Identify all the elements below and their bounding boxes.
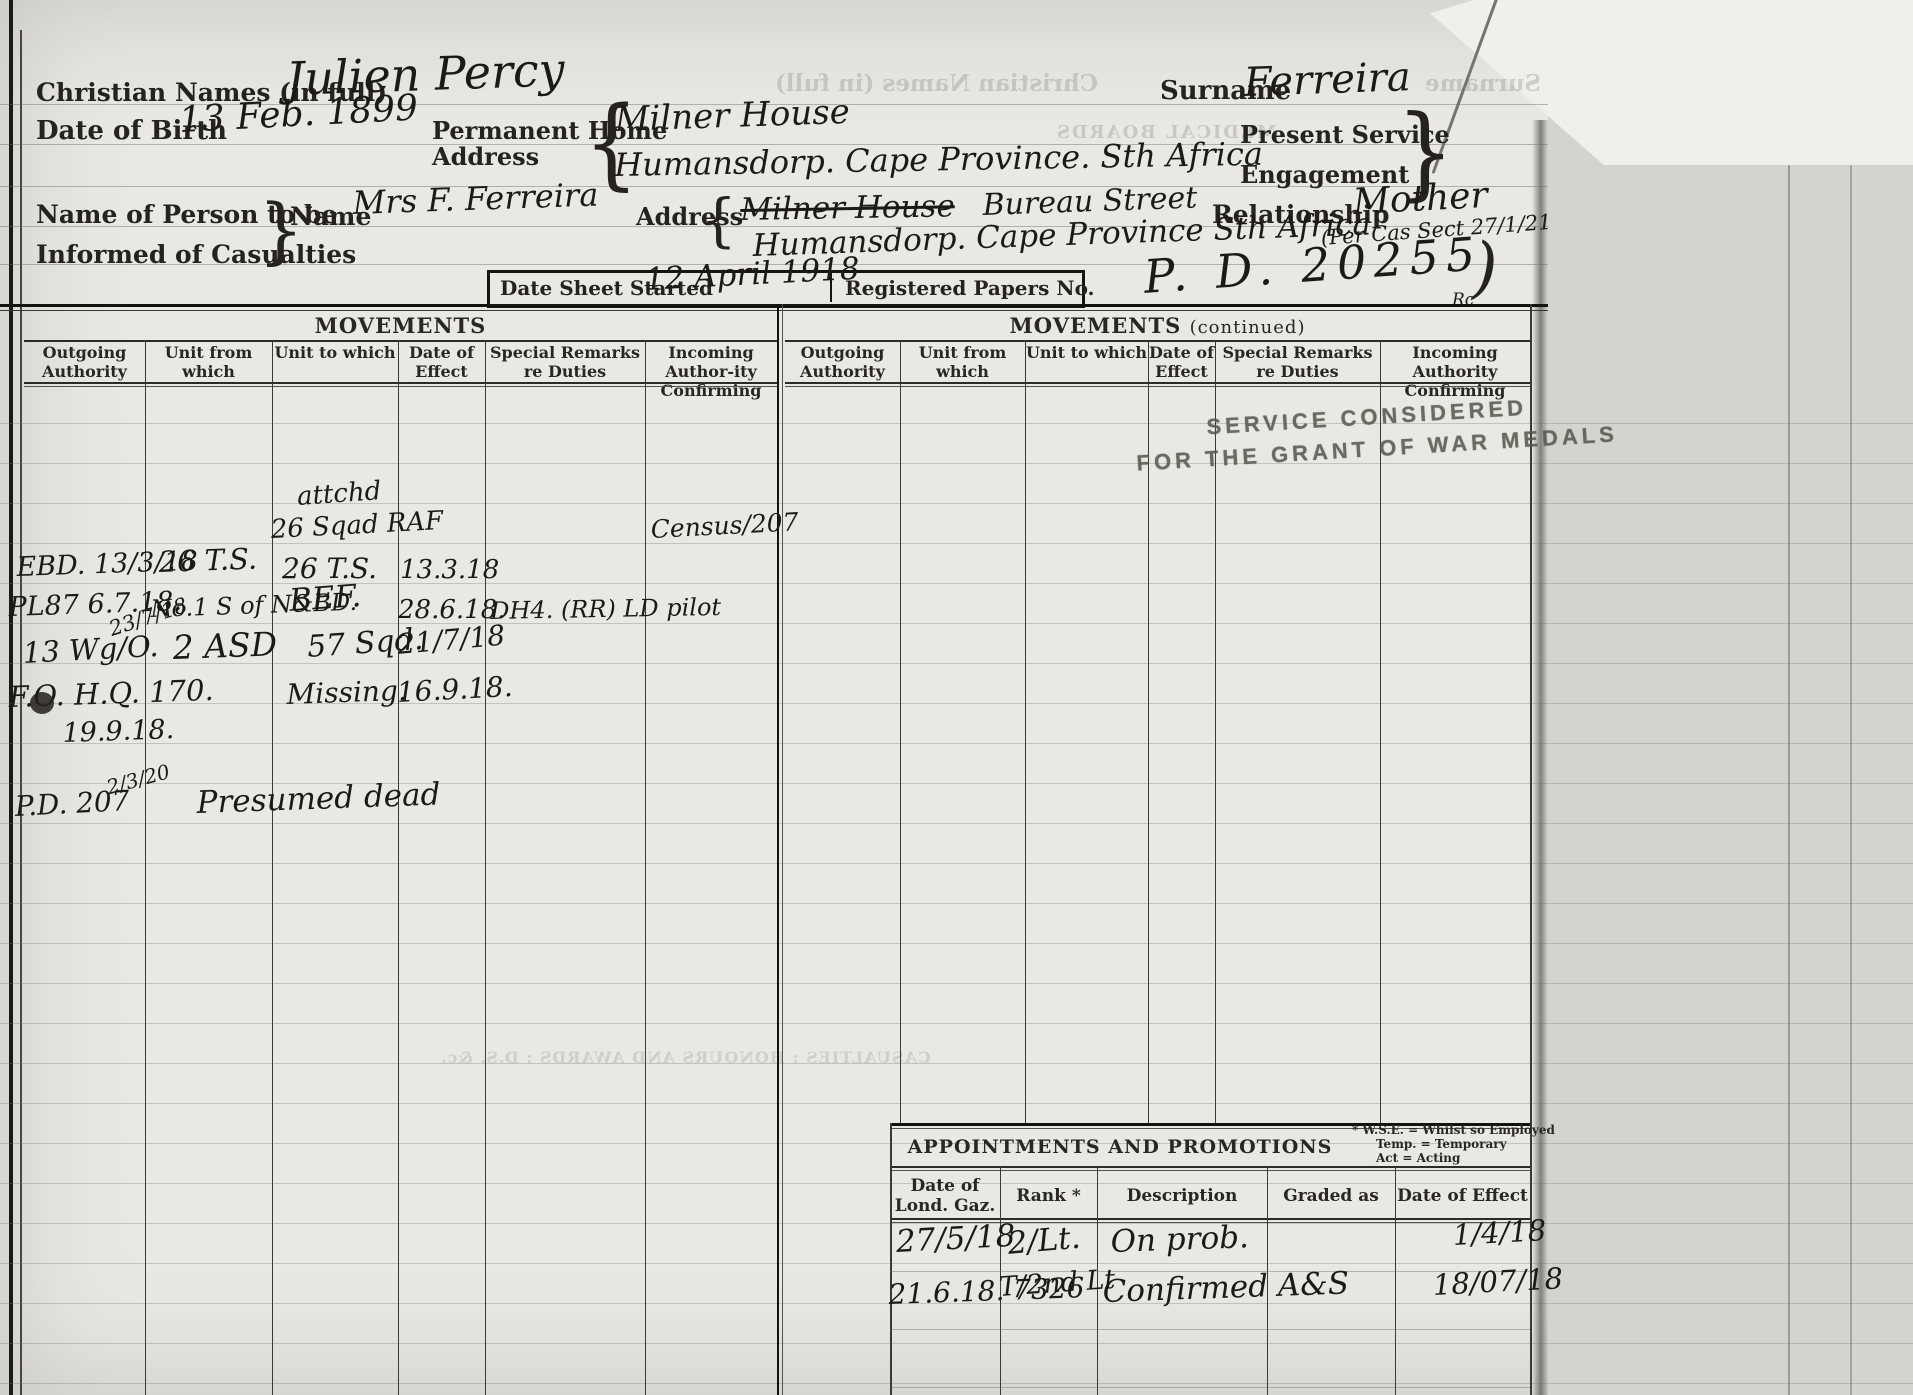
movements-left-header-row: Outgoing Authority Unit from which Unit … [24,344,777,380]
movement-entry: 13 Wg/O. [22,629,159,670]
column-line [645,340,646,1395]
movements-right-header-row: Outgoing Authority Unit from which Unit … [785,344,1530,380]
column-header: Unit to which [1025,344,1148,380]
movement-entry: attchd [296,476,382,512]
registered-papers-label: Registered Papers No. [845,276,1095,300]
appointments-title-line [890,1170,1530,1171]
movement-entry: 13.3.18 [400,555,499,585]
center-divider [782,304,783,1395]
column-header: Date of Effect [398,344,485,380]
table-line [24,386,777,387]
appointments-left-edge [890,1123,892,1395]
column-header: Incoming Author-ity Confirming [645,344,777,380]
column-line [1025,340,1026,1123]
clerk-initials: Rc [1452,290,1474,310]
movement-entry: 19.9.18. [62,714,175,749]
movements-right-title: MOVEMENTS (continued) [785,314,1530,339]
address-label-2: Address [432,142,539,171]
home-address-line-2: Humansdorp. Cape Province. Sth Africa [614,135,1263,184]
column-header: Incoming Authority Confirming [1380,344,1530,380]
appointment-entry: 2/Lt. [1006,1220,1082,1262]
row-line [890,1329,1530,1330]
appointment-entry: 1/4/18 [1452,1213,1547,1252]
casualty-address-brace: { [700,194,737,246]
movement-entry: 16.9.18. [396,670,513,709]
column-header: Date of Lond. Gaz. [890,1176,1000,1216]
record-sheet: Christian Names (in full) Surname MEDICA… [0,0,1913,1395]
surname-value: Ferreira [1243,54,1411,106]
column-header: Description [1097,1186,1267,1206]
appointments-title-line [890,1166,1530,1168]
column-header: Special Remarks re Duties [485,344,645,380]
column-header: Unit from which [145,344,272,380]
row-line [890,1387,1530,1388]
movement-entry: DH4. (RR) LD pilot [490,593,721,625]
table-line [785,386,1530,387]
informed-name-value: Mrs F. Ferreira [352,175,599,222]
column-header: Graded as [1267,1186,1395,1206]
appointments-title: APPOINTMENTS AND PROMOTIONS [890,1136,1350,1158]
column-line [1395,1166,1396,1395]
ink-blot [30,692,54,714]
column-header: Special Remarks re Duties [1215,344,1380,380]
table-line [24,382,777,384]
table-line [785,382,1530,384]
appointments-legend: * W.S.E. = Whilst so Employed Temp. = Te… [1352,1124,1555,1165]
pd-closing-paren: ) [1472,238,1498,297]
column-line [485,340,486,1395]
table-line [785,340,1530,342]
column-line [900,340,901,1123]
column-line [272,340,273,1395]
legend-line: Act = Acting [1352,1152,1555,1166]
appointment-entry: 18/07/18 [1432,1261,1564,1302]
table-line [24,340,777,342]
column-line [398,340,399,1395]
movement-entry: 2 ASD [172,624,278,667]
column-header: Unit from which [900,344,1025,380]
header-divider [0,310,1548,311]
movement-entry: 26 T.S. [158,542,258,579]
person-informed-label-2: Informed of Casualties [36,240,356,269]
column-header: Date of Effect [1148,344,1215,380]
home-address-line-1: Milner House [614,92,850,140]
center-divider [777,304,779,1395]
legend-line: Temp. = Temporary [1352,1138,1555,1152]
movement-entry: BEF. [288,578,362,619]
movements-right-title-text: MOVEMENTS [1010,313,1182,338]
appointment-entry: On prob. [1110,1219,1249,1260]
column-header: Rank * [1000,1186,1097,1206]
column-header: Outgoing Authority [24,344,145,380]
movement-entry: Missing. [286,674,407,711]
column-header: Unit to which [272,344,398,380]
column-header: Date of Effect [1395,1186,1530,1206]
legend-line: * W.S.E. = Whilst so Employed [1352,1124,1555,1138]
column-line [145,340,146,1395]
appointments-header-row: Date of Lond. Gaz. Rank * Description Gr… [890,1176,1530,1216]
movements-left-title: MOVEMENTS [24,314,777,339]
header-divider [0,304,1548,307]
appointment-entry: 27/5/18 [895,1218,1016,1260]
column-header: Outgoing Authority [785,344,900,380]
movements-right-continued: (continued) [1190,317,1306,338]
